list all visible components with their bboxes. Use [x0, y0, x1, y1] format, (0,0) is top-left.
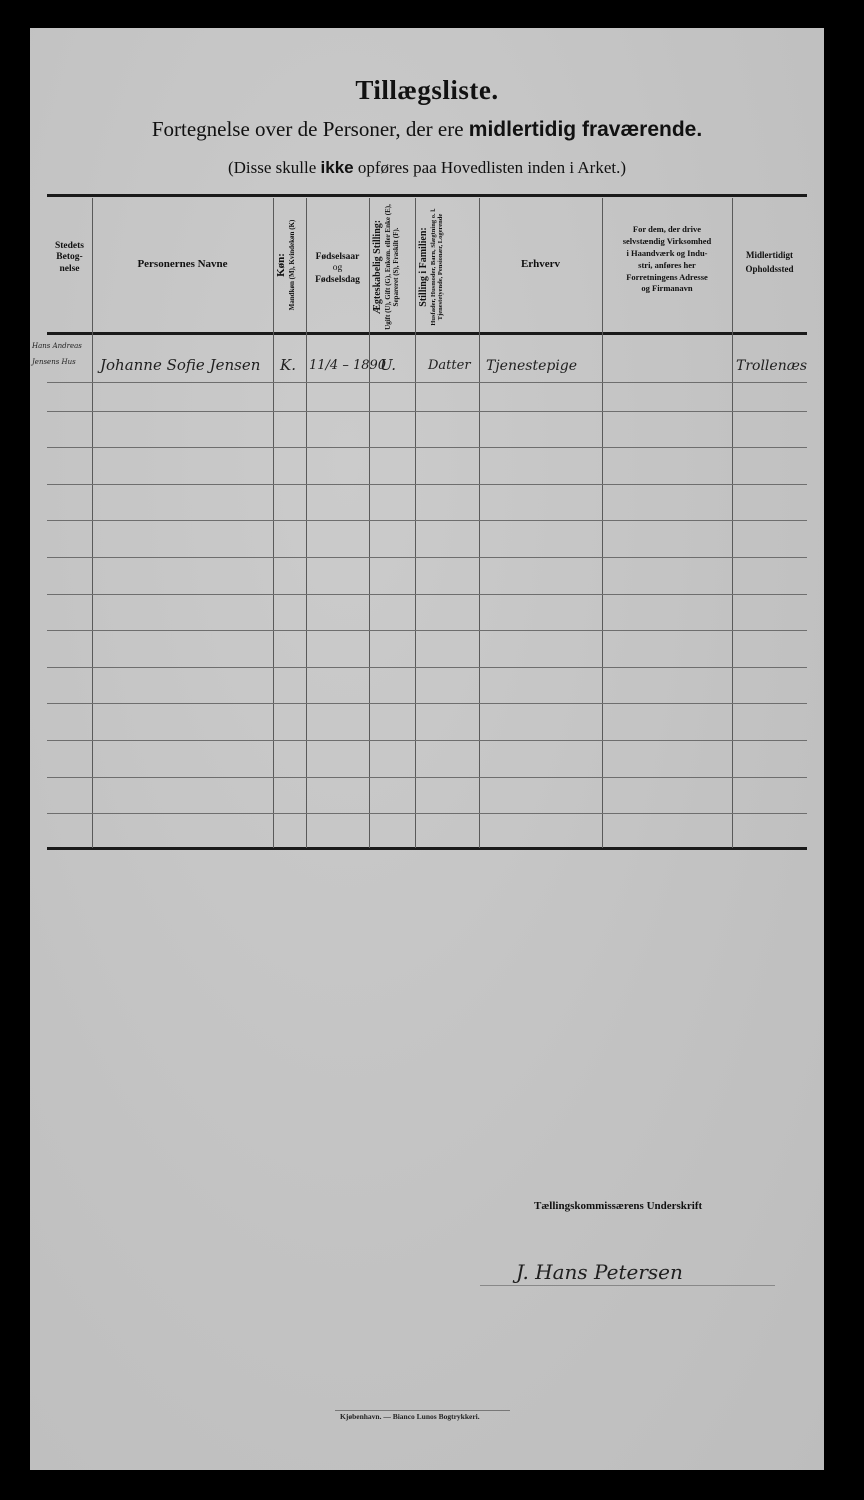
printer-imprint: Kjøbenhavn. — Bianco Lunos Bogtrykkeri.: [340, 1412, 480, 1421]
header-line: Køn:: [275, 195, 288, 335]
signature: J. Hans Petersen: [516, 1260, 683, 1284]
row-rule: [47, 667, 807, 668]
col-divider: [369, 198, 370, 848]
row-rule: [47, 520, 807, 521]
header-line: og: [306, 263, 369, 274]
col-divider: [732, 198, 733, 848]
col-divider: [273, 198, 274, 848]
header-line: i Haandværk og Indu-: [602, 248, 732, 260]
header-line: nelse: [47, 264, 92, 275]
table-top-rule: [47, 194, 807, 197]
header-line: Mandkøn (M), Kvindekøn (K): [288, 195, 296, 335]
form-title: Tillægsliste.: [30, 75, 824, 106]
header-erhverv: Erhverv: [479, 258, 602, 271]
header-line: For dem, der drive: [602, 224, 732, 236]
row-rule: [47, 557, 807, 558]
header-line: Forretningens Adresse: [602, 272, 732, 284]
table-bottom-rule: [47, 847, 807, 850]
printer-rule: [335, 1410, 510, 1411]
header-line: Stedets: [47, 241, 92, 252]
col-divider: [415, 198, 416, 848]
cell-kon: K.: [280, 356, 296, 374]
subtitle-emphasis: midlertidig fraværende.: [469, 118, 702, 141]
form-note: (Disse skulle ikke opføres paa Hovedlist…: [30, 158, 824, 178]
header-stedets: Stedets Betog- nelse: [47, 241, 92, 275]
note-text-pre: (Disse skulle: [228, 158, 321, 177]
header-line: Midlertidigt: [732, 249, 807, 263]
header-fodsel: Fødselsaar og Fødselsdag: [306, 252, 369, 286]
header-line: Husfader, Husmoder, Barn, Slægtning o. l…: [430, 203, 445, 331]
row-rule: [47, 630, 807, 631]
cell-aegteskab: U.: [380, 356, 396, 374]
header-kon: Køn: Mandkøn (M), Kvindekøn (K): [275, 195, 305, 335]
header-line: Betog-: [47, 252, 92, 263]
col-divider: [306, 198, 307, 848]
cell-familie: Datter: [428, 358, 471, 373]
cell-line: Jensens Hus: [32, 354, 82, 370]
row-rule: [47, 777, 807, 778]
col-divider: [479, 198, 480, 848]
signature-caption: Tællingskommissærens Underskrift: [534, 1200, 702, 1212]
header-bottom-rule: [47, 332, 807, 335]
header-aegteskab: Ægteskabelig Stilling: Ugift (U), Gift (…: [372, 203, 414, 331]
cell-opholdssted: Trollenæs: [736, 358, 807, 374]
col-divider: [92, 198, 93, 848]
header-line: og Firmanavn: [602, 283, 732, 295]
note-emphasis: ikke: [321, 158, 354, 177]
form-subtitle: Fortegnelse over de Personer, der ere mi…: [30, 117, 824, 142]
header-line: Fødselsdag: [306, 275, 369, 286]
row-rule: [47, 411, 807, 412]
cell-line: Hans Andreas: [32, 338, 82, 354]
header-line: Ugift (U), Gift (G), Enkem. eller Enke (…: [384, 203, 400, 331]
header-line: Opholdssted: [732, 263, 807, 277]
subtitle-text: Fortegnelse over de Personer, der ere: [152, 117, 469, 141]
header-opholdssted: Midlertidigt Opholdssted: [732, 249, 807, 276]
note-text-post: opføres paa Hovedlisten inden i Arket.): [354, 158, 626, 177]
row-rule: [47, 813, 807, 814]
cell-navne: Johanne Sofie Jensen: [100, 356, 260, 374]
header-line: Stilling i Familien:: [418, 203, 430, 331]
header-line: stri, anføres her: [602, 260, 732, 272]
signature-line: [480, 1285, 775, 1286]
cell-erhverv: Tjenestepige: [486, 358, 577, 374]
header-line: Fødselsaar: [306, 252, 369, 263]
census-sheet: Tillægsliste. Fortegnelse over de Person…: [30, 28, 824, 1470]
cell-stedets: Hans Andreas Jensens Hus: [32, 338, 82, 370]
row-rule: [47, 594, 807, 595]
header-navne: Personernes Navne: [92, 258, 273, 271]
header-line: Ægteskabelig Stilling:: [372, 203, 384, 331]
row-rule: [47, 740, 807, 741]
cell-fodsel: 11/4 – 1890: [309, 358, 386, 373]
header-familie: Stilling i Familien: Husfader, Husmoder,…: [418, 203, 476, 331]
header-virksomhed: For dem, der drive selvstændig Virksomhe…: [602, 224, 732, 295]
row-rule: [47, 447, 807, 448]
row-rule: [47, 484, 807, 485]
row-rule: [47, 382, 807, 383]
header-line: selvstændig Virksomhed: [602, 236, 732, 248]
col-divider: [602, 198, 603, 848]
row-rule: [47, 703, 807, 704]
